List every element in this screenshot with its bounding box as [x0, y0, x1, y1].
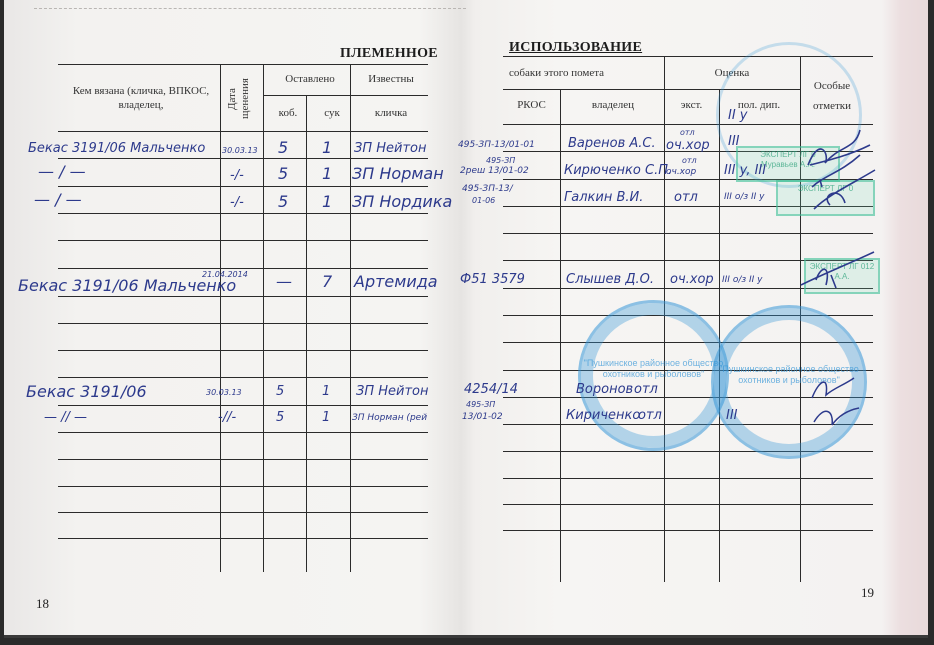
cell-exterior: отл [674, 190, 698, 205]
row-line [503, 478, 873, 479]
cell-rkos-bottom: 01-06 [472, 196, 495, 205]
cell-exterior: отл [638, 408, 662, 423]
cell-owner: Варенов А.С. [568, 136, 656, 151]
cell-owner: Слышев Д.О. [566, 272, 654, 287]
cell-owner: Кирюченко С.П. [564, 163, 672, 178]
cell-owner: Кириченко [566, 408, 640, 423]
signature-icon [796, 250, 876, 290]
header-kept-female: сук [310, 106, 354, 120]
cell-male: 5 [278, 164, 288, 183]
cell-diploma: III y, III [724, 163, 766, 178]
col-divider [263, 64, 264, 572]
col-divider [560, 89, 561, 582]
row-line [58, 323, 428, 324]
row-line [503, 233, 873, 234]
page-number: 19 [861, 585, 874, 601]
cell-date: 21.04.2014 [202, 270, 248, 279]
signature-icon [804, 370, 864, 430]
cell-name: ЗП Нейтон [356, 384, 429, 399]
header-bottom [58, 131, 428, 132]
header-kept-male: коб. [266, 106, 310, 120]
section-title-breeding: ПЛЕМЕННОЕ [340, 46, 438, 62]
cell-name: Артемида [354, 272, 438, 291]
header-known-name: кличка [354, 106, 428, 120]
cell-male: — [276, 272, 292, 291]
cell-rkos: 495-ЗП-13/ [462, 184, 513, 194]
cell-date: -//- [218, 410, 236, 425]
cell-date: -/- [230, 195, 244, 210]
row-line [58, 459, 428, 460]
cell-male: 5 [278, 138, 288, 157]
header-subdivider [263, 95, 428, 96]
table-border-top [58, 64, 428, 65]
cell-female: 1 [322, 410, 330, 425]
row-line [58, 350, 428, 351]
cell-rkos-top: 495-ЗП [466, 400, 495, 409]
cell-female: 1 [322, 138, 332, 157]
row-line [58, 213, 428, 214]
signature-icon [800, 125, 880, 215]
row-line [58, 486, 428, 487]
cell-male: 5 [276, 384, 284, 399]
row-line [58, 158, 428, 159]
col-divider [220, 64, 221, 572]
cell-female: 7 [322, 272, 332, 291]
cell-mated-by: — / — [34, 190, 82, 209]
cell-name: ЗП Нордика [352, 192, 452, 211]
cell-diploma: III [728, 134, 740, 149]
cell-name: ЗП Норман (рей [352, 413, 427, 423]
cell-rkos-top: 495-ЗП [486, 156, 515, 165]
col-divider [306, 95, 307, 572]
cell-rkos: 4254/14 [464, 382, 518, 397]
row-line [58, 538, 428, 539]
cell-name: ЗП Нейтон [354, 141, 427, 156]
cell-diploma: III [726, 408, 738, 423]
cell-date: 30.03.13 [206, 388, 242, 397]
cell-male: 5 [278, 192, 288, 211]
cell-date: 30.03.13 [222, 146, 258, 155]
row-line [503, 530, 873, 531]
row-line [58, 240, 428, 241]
cell-exterior: отл [634, 382, 658, 397]
page-number: 18 [36, 596, 49, 612]
col-divider [719, 89, 720, 582]
cell-owner: Галкин В.И. [564, 190, 643, 205]
cell-mated-by: Бекас 3191/06 [26, 382, 147, 401]
section-title-usage: ИСПОЛЬЗОВАНИЕ [509, 40, 642, 56]
row-line [58, 432, 428, 433]
right-page: ИСПОЛЬЗОВАНИЕ собаки этого помета РКОС в… [466, 0, 928, 635]
cell-diploma: III о/з II y [722, 275, 763, 285]
cell-female: 1 [322, 192, 332, 211]
cell-female: 1 [322, 164, 332, 183]
cell-male: 5 [276, 410, 284, 425]
cell-exterior-note: отл [682, 156, 697, 165]
row-line [58, 512, 428, 513]
cell-female: 1 [322, 384, 330, 399]
cell-owner: Воронов [576, 382, 633, 397]
cell-mated-by: — // — [44, 410, 87, 425]
row-line [503, 504, 873, 505]
header-known: Известны [354, 72, 428, 86]
header-whelping-date: Дата щенения [226, 70, 262, 128]
cell-exterior: оч.хор [666, 138, 710, 153]
cell-name: ЗП Норман [352, 164, 444, 183]
header-rkos: РКОС [503, 98, 560, 112]
header-mated-by: Кем вязана (кличка, ВПКОС, владелец, [66, 84, 216, 112]
cell-rkos: 13/01-02 [462, 412, 503, 422]
row-line [58, 377, 428, 378]
passport-spread: ПЛЕМЕННОЕ Кем вязана (кличка, ВПКОС, вла… [4, 0, 928, 638]
page-edge [34, 8, 466, 9]
header-puppies: собаки этого помета [503, 66, 669, 80]
cell-mated-by: Бекас 3191/06 Мальченко [28, 141, 205, 156]
cell-rkos: Ф51 3579 [460, 272, 525, 287]
cell-date: -/- [230, 168, 244, 183]
round-stamp-society-1: "Пушкинское районное общество охотников … [578, 300, 729, 451]
cell-diploma: III о/з II y [724, 192, 765, 202]
col-divider [350, 64, 351, 572]
header-kept: Оставлено [266, 72, 354, 86]
row-line [58, 405, 428, 406]
cell-rkos: 495-ЗП-13/01-01 [458, 140, 535, 150]
row-line [58, 186, 428, 187]
header-owner: владелец [560, 98, 666, 112]
cell-rkos: 2реш 13/01-02 [460, 166, 529, 176]
header-exterior: экст. [664, 98, 719, 112]
row-line [58, 296, 428, 297]
cell-exterior: оч.хор [670, 272, 714, 287]
cell-mated-by: — / — [38, 162, 86, 181]
cell-exterior: оч.хор [666, 167, 696, 177]
row-line [58, 268, 428, 269]
cell-exterior-note: отл [680, 128, 695, 137]
left-page: ПЛЕМЕННОЕ Кем вязана (кличка, ВПКОС, вла… [4, 0, 466, 635]
